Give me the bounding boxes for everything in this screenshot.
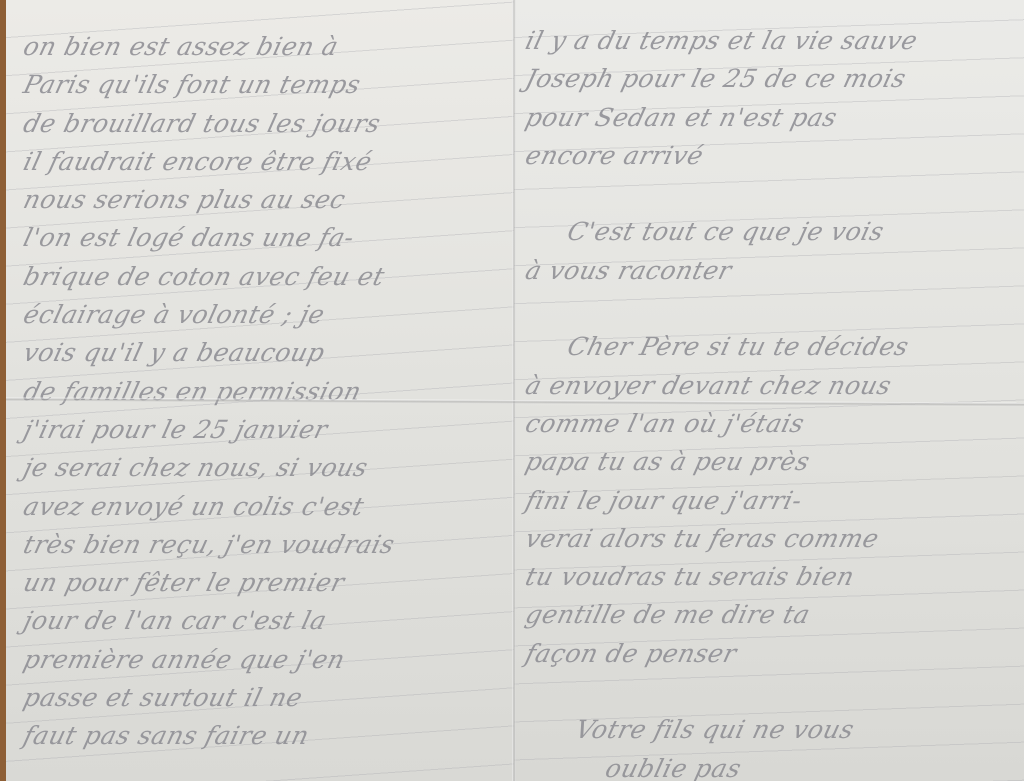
letter-line: pour Sedan et n'est pas	[521, 99, 1021, 137]
letter-line: il faudrait encore être fixé	[19, 143, 509, 181]
letter-line: j'irai pour le 25 janvier	[19, 411, 509, 449]
letter-line: fini le jour que j'arri-	[521, 482, 1021, 520]
letter-line: première année que j'en	[19, 641, 509, 679]
letter-line: Paris qu'ils font un temps	[19, 66, 509, 104]
left-page-text: on bien est assez bien à Paris qu'ils fo…	[24, 28, 504, 756]
letter-line: vois qu'il y a beaucoup	[19, 334, 509, 372]
letter-line: jour de l'an car c'est la	[19, 602, 509, 640]
letter-line: gentille de me dire ta	[521, 596, 1021, 634]
letter-line: de familles en permission	[19, 373, 509, 411]
letter-line: à envoyer devant chez nous	[521, 367, 1021, 405]
letter-line: il y a du temps et la vie sauve	[521, 22, 1021, 60]
signature-line: oublie pas	[521, 750, 1021, 781]
letter-line: à vous raconter	[521, 252, 1021, 290]
letter-line: façon de penser	[521, 635, 1021, 673]
right-page: il y a du temps et la vie sauve Joseph p…	[514, 0, 1024, 781]
letter-line: de brouillard tous les jours	[19, 105, 509, 143]
left-page: on bien est assez bien à Paris qu'ils fo…	[6, 0, 514, 781]
letter-line: Cher Père si tu te décides	[521, 328, 1021, 366]
letter-line: on bien est assez bien à	[19, 28, 509, 66]
letter-line: Joseph pour le 25 de ce mois	[521, 60, 1021, 98]
letter-line: nous serions plus au sec	[19, 181, 509, 219]
letter-line: passe et surtout il ne	[19, 679, 509, 717]
letter-line: éclairage à volonté ; je	[19, 296, 509, 334]
blank-line	[521, 673, 1021, 711]
letter-line: un pour fêter le premier	[19, 564, 509, 602]
letter-line: comme l'an où j'étais	[521, 405, 1021, 443]
letter-line: C'est tout ce que je vois	[521, 213, 1021, 251]
signature-line: Votre fils qui ne vous	[521, 711, 1021, 749]
letter-line: faut pas sans faire un	[19, 717, 509, 755]
blank-line	[521, 290, 1021, 328]
letter-line: très bien reçu, j'en voudrais	[19, 526, 509, 564]
blank-line	[521, 175, 1021, 213]
vertical-fold-crease	[512, 0, 516, 781]
letter-line: verai alors tu feras comme	[521, 520, 1021, 558]
letter-line: l'on est logé dans une fa-	[19, 219, 509, 257]
letter-line: avez envoyé un colis c'est	[19, 488, 509, 526]
letter-line: tu voudras tu serais bien	[521, 558, 1021, 596]
handwritten-letter: on bien est assez bien à Paris qu'ils fo…	[6, 0, 1024, 781]
letter-line: je serai chez nous, si vous	[19, 449, 509, 487]
letter-line: papa tu as à peu près	[521, 443, 1021, 481]
letter-line: encore arrivé	[521, 137, 1021, 175]
letter-line: brique de coton avec feu et	[19, 258, 509, 296]
